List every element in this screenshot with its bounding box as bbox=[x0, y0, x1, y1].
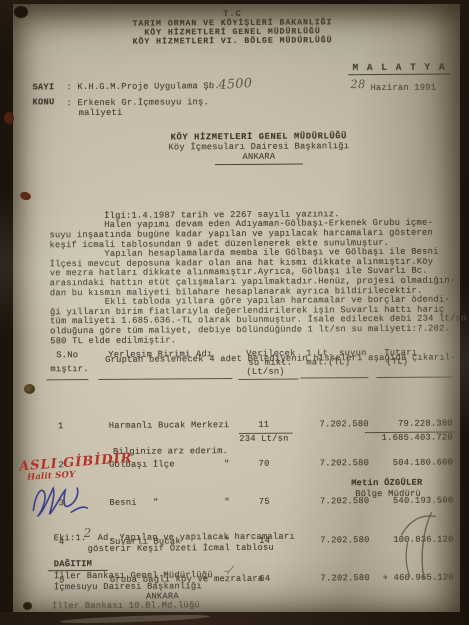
cell-mikt: 64 bbox=[238, 575, 292, 585]
distribution-item-1: İller Bankası Genel Müdürlüğü bbox=[54, 571, 213, 582]
cell-mal: 7.202.580 bbox=[291, 459, 369, 469]
header-rule-name bbox=[98, 378, 232, 380]
col-header-mikt3: (Lt/sn) bbox=[246, 368, 284, 378]
header-rule-no bbox=[46, 379, 88, 380]
paper-stain-3 bbox=[23, 602, 32, 610]
sayi-label: SAYI bbox=[32, 83, 54, 93]
attachment-prefix: Eki:1. bbox=[54, 534, 87, 544]
cell-mikt: 75 bbox=[237, 498, 291, 508]
sayi-handwritten-number: 4500 bbox=[218, 79, 252, 91]
distribution-title-text: DAĞITIM bbox=[48, 559, 108, 571]
cell-name: Harmanlı Bucak Merkezi bbox=[75, 421, 237, 432]
col-header-name: Yerleşim Birimi Adı bbox=[108, 350, 212, 360]
konu-value-line2: maliyeti bbox=[79, 109, 123, 119]
cell-mikt: 70 bbox=[237, 459, 291, 469]
date-day-handwritten: 28 bbox=[350, 80, 365, 90]
paraph-stroke-3 bbox=[406, 543, 410, 577]
col-header-mal2: mal.(TL) bbox=[306, 358, 350, 368]
paraph-stroke-1 bbox=[422, 513, 432, 579]
ink-signature-path bbox=[33, 488, 87, 516]
paraph-stroke-2 bbox=[401, 516, 435, 535]
attachment-handwritten-count: 2 bbox=[84, 529, 92, 539]
brass-fastener-spot bbox=[24, 384, 35, 394]
attachment-line2: gösterir Keşif Özeti İcmal tablosu bbox=[88, 544, 274, 555]
photo-frame: T.C TARIM ORMAN VE KÖYİŞLERİ BAKANLIĞI K… bbox=[0, 0, 469, 625]
photo-bottom-edge bbox=[0, 612, 469, 625]
col-header-tut2: (TL) bbox=[386, 358, 408, 368]
total-tutar: 1.685.403.720 bbox=[369, 433, 453, 443]
cell-name: Besni " " bbox=[75, 498, 237, 509]
letterhead-line3: KÖY HİZMETLERİ VI. BÖLGE MÜDÜRLÜĞÜ bbox=[0, 35, 467, 48]
col-header-no: S.No bbox=[56, 351, 78, 361]
sayi-value: : K.H.G.M.Proje Uygulama Şb. bbox=[66, 82, 219, 93]
header-rule-tut bbox=[376, 376, 452, 378]
cell-mal: 7.202.580 bbox=[292, 574, 370, 584]
body-text: İlgi:1.4.1987 tarih ve 2267 sayılı yazın… bbox=[49, 180, 467, 375]
konu-label: KONU bbox=[33, 98, 55, 108]
cell-tutar: 504.180.600 bbox=[369, 458, 453, 468]
signatory-name: Metin ÖZGÜLER bbox=[351, 479, 422, 489]
ink-signature bbox=[27, 478, 91, 522]
cell-mal: 7.202.580 bbox=[292, 536, 370, 546]
total-mikt: 234 Lt/sn bbox=[237, 435, 291, 445]
table-row: 1 Harmanlı Bucak Merkezi 11 7.202.580 79… bbox=[47, 420, 459, 433]
cell-mal: 7.202.580 bbox=[291, 420, 369, 430]
pencil-check-mark: –⁄ bbox=[224, 566, 232, 576]
signatory-title: Bölge Müdürü bbox=[355, 490, 421, 500]
distribution-item-2: İçmesuyu Dairesi Başkanlığı bbox=[54, 582, 202, 593]
pencil-paraph bbox=[391, 509, 444, 583]
addressee-city: ANKARA bbox=[49, 151, 469, 166]
distribution-title: DAĞITIM bbox=[48, 560, 108, 570]
cell-mikt: 11 bbox=[237, 421, 291, 431]
corner-hole-spot bbox=[14, 6, 28, 18]
header-rule-mal bbox=[300, 377, 368, 378]
date-text: Haziran 1991 bbox=[370, 84, 436, 94]
city-name: M A L A T Y A bbox=[348, 62, 450, 74]
header-rule-mikt bbox=[238, 379, 298, 380]
cell-tutar: 79.228.380 bbox=[369, 420, 453, 430]
distribution-item-4: İller Bankası 10.Bl.Md.lüğü bbox=[52, 601, 200, 612]
cell-no: 1 bbox=[47, 422, 75, 432]
document-content: T.C TARIM ORMAN VE KÖYİŞLERİ BAKANLIĞI K… bbox=[0, 0, 469, 625]
addressee-city-text: ANKARA bbox=[214, 153, 303, 165]
edge-stain-1 bbox=[4, 112, 14, 124]
